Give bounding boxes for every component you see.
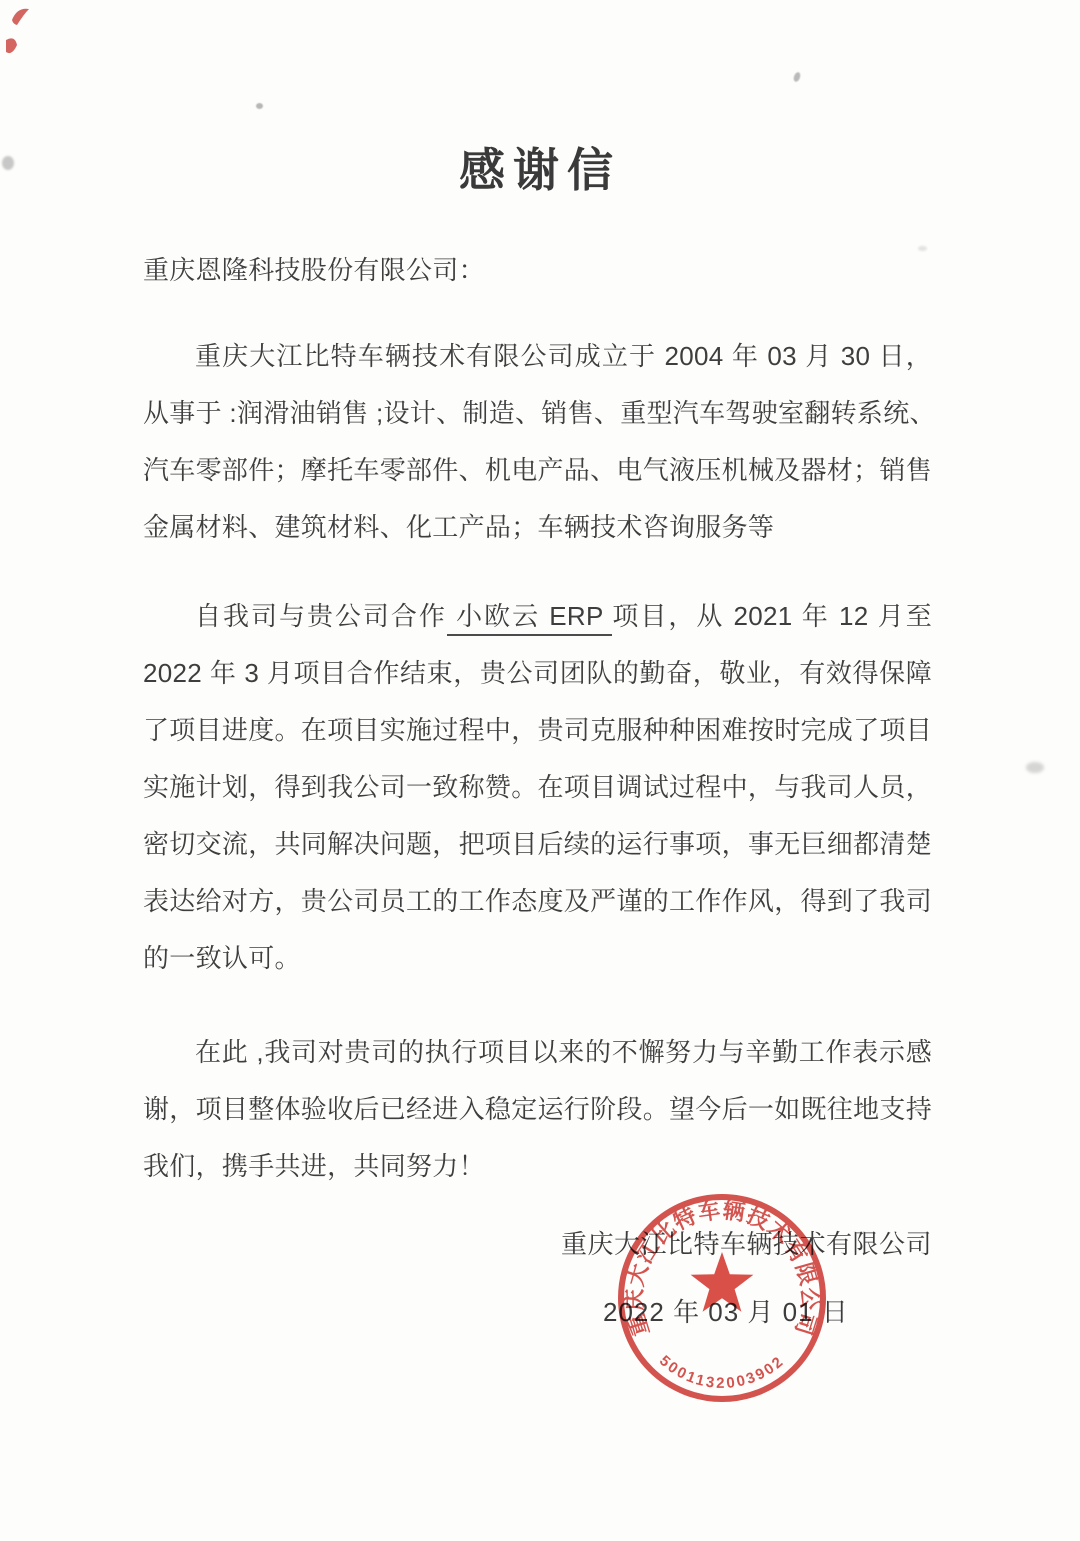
body-line: 表达给对方，贵公司员工的工作态度及严谨的工作作风，得到了我司: [143, 873, 932, 930]
body-text: 自我司与贵公司合作: [195, 601, 447, 631]
body-line: 金属材料、建筑材料、化工产品；车辆技术咨询服务等: [143, 499, 932, 556]
paragraph-2: 自我司与贵公司合作 小欧云 ERP 项目，从 2021 年 12 月至 2022…: [143, 588, 932, 987]
body-line: 2022 年 3 月项目合作结束，贵公司团队的勤奋，敬业，有效得保障: [143, 645, 932, 702]
seal-star-icon: [691, 1252, 754, 1312]
salutation-line: 重庆恩隆科技股份有限公司：: [143, 242, 932, 299]
scan-speck: [1026, 762, 1044, 773]
body-line: 了项目进度。在项目实施过程中，贵司克服种种困难按时完成了项目: [143, 702, 932, 759]
body-line: 在此 ,我司对贵司的执行项目以来的不懈努力与辛勤工作表示感: [143, 1024, 932, 1081]
body-line: 重庆大江比特车辆技术有限公司成立于 2004 年 03 月 30 日，: [143, 328, 932, 385]
body-line: 密切交流，共同解决问题，把项目后续的运行事项，事无巨细都清楚: [143, 816, 932, 873]
body-line: 谢，项目整体验收后已经进入稳定运行阶段。望今后一如既往地支持: [143, 1081, 932, 1138]
body-text: 项目，从 2021 年 12 月至: [612, 601, 932, 631]
scan-speck: [256, 103, 263, 109]
letter-title: 感谢信: [0, 142, 1080, 198]
body-line-with-underline: 自我司与贵公司合作 小欧云 ERP 项目，从 2021 年 12 月至: [143, 588, 932, 645]
body-line: 从事于 :润滑油销售 ;设计、制造、销售、重型汽车驾驶室翻转系统、: [143, 385, 932, 442]
scan-red-pen-marks: [4, 4, 52, 66]
salutation-block: 重庆恩隆科技股份有限公司：: [143, 242, 932, 299]
body-line: 实施计划，得到我公司一致称赞。在项目调试过程中，与我司人员，: [143, 759, 932, 816]
underlined-project-name: 小欧云 ERP: [447, 601, 612, 636]
scanned-letter-page: 感谢信 重庆恩隆科技股份有限公司： 重庆大江比特车辆技术有限公司成立于 2004…: [0, 0, 1080, 1541]
body-line: 汽车零部件；摩托车零部件、机电产品、电气液压机械及器材；销售: [143, 442, 932, 499]
scan-speck: [792, 71, 801, 82]
company-seal-stamp: 重庆大江比特车辆技术有限公司 5001132003902: [610, 1186, 834, 1410]
body-line: 的一致认可。: [143, 930, 932, 987]
paragraph-3: 在此 ,我司对贵司的执行项目以来的不懈努力与辛勤工作表示感 谢，项目整体验收后已…: [143, 1024, 932, 1195]
paragraph-1: 重庆大江比特车辆技术有限公司成立于 2004 年 03 月 30 日， 从事于 …: [143, 328, 932, 556]
